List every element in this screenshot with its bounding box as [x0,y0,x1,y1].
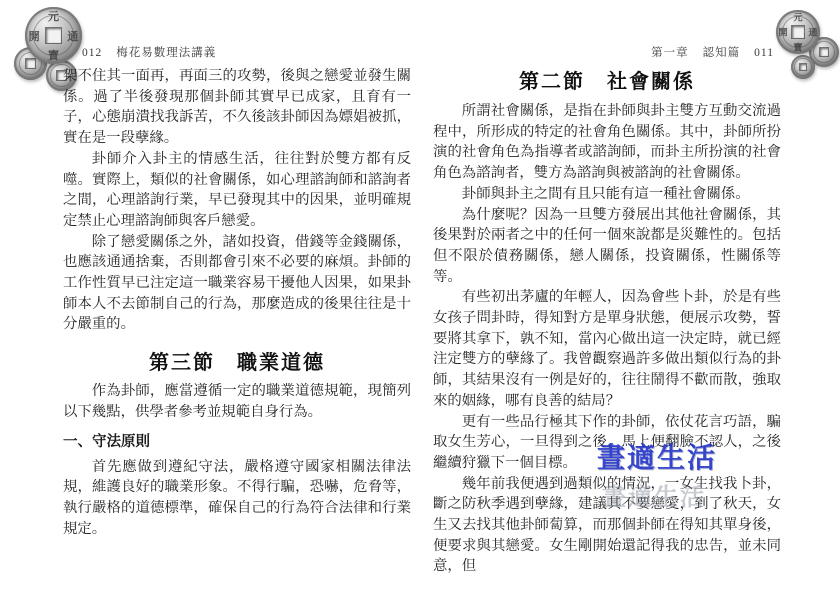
paragraph: 架不住其一面再，再面三的攻勢，後與之戀愛並發生關係。過了半後發現那個卦師其實早已… [63,66,411,149]
left-page-body: 架不住其一面再，再面三的攻勢，後與之戀愛並發生關係。過了半後發現那個卦師其實早已… [63,66,411,539]
right-page-body: 所謂社會關係，是指在卦師與卦主雙方互動交流過程中，所形成的特定的社會角色關係。其… [433,101,781,577]
book-spread: 012梅花易數理法講義 架不住其一面再，再面三的攻勢，後與之戀愛並發生關係。過了… [0,0,840,595]
paragraph: 所謂社會關係，是指在卦師與卦主雙方互動交流過程中，所形成的特定的社會角色關係。其… [433,101,781,184]
paragraph: 除了戀愛關係之外，諸如投資，借錢等金錢關係，也應該通通捨棄，否則都會引來不必要的… [63,232,411,336]
paragraph: 首先應做到遵紀守法，嚴格遵守國家相關法律法規，維護良好的職業形象。不得行騙，恐嚇… [63,457,411,540]
section-heading-professional-ethics: 第三節 職業道德 [63,349,411,377]
chapter-section-label: 認知篇 [703,47,741,59]
paragraph: 卦師與卦主之間有且只能有這一種社會關係。 [433,184,781,205]
paragraph: 幾年前我便遇到過類似的情況，一女生找我卜卦，斷之防秋季遇到孽緣，建議其不要戀愛，… [433,474,781,578]
coin-icon [776,10,820,54]
paragraph: 作為卦師，應當遵循一定的職業道德規範，現簡列以下幾點，供學者參考並規範自身行為。 [63,381,411,422]
coin-icon [791,55,815,79]
book-title: 梅花易數理法講義 [116,47,216,59]
left-running-header: 012梅花易數理法講義 [82,44,216,60]
section-heading-social-relations: 第二節 社會關係 [433,68,781,96]
paragraph: 有些初出茅廬的年輕人，因為會些卜卦，於是有些女孩子問卦時，得知對方是單身狀態，便… [433,287,781,411]
subheading-law-abiding-principle: 一、守法原則 [63,432,411,452]
chapter-label: 第一章 [651,47,689,59]
coin-icon [25,7,82,64]
paragraph: 卦師介入卦主的情感生活，往往對於雙方都有反噬。實際上，類似的社會關係，如心理諮詢… [63,149,411,232]
paragraph: 為什麼呢？因為一旦雙方發展出其他社會關係，其後果對於兩者之中的任何一個來說都是災… [433,205,781,288]
paragraph: 更有一些品行極其下作的卦師，依仗花言巧語，騙取女生芳心，一旦得到之後，馬上便翻臉… [433,412,781,474]
right-running-header: 第一章認知篇011 [651,44,774,60]
right-page-number: 011 [754,47,774,59]
left-page-number: 012 [82,47,102,59]
